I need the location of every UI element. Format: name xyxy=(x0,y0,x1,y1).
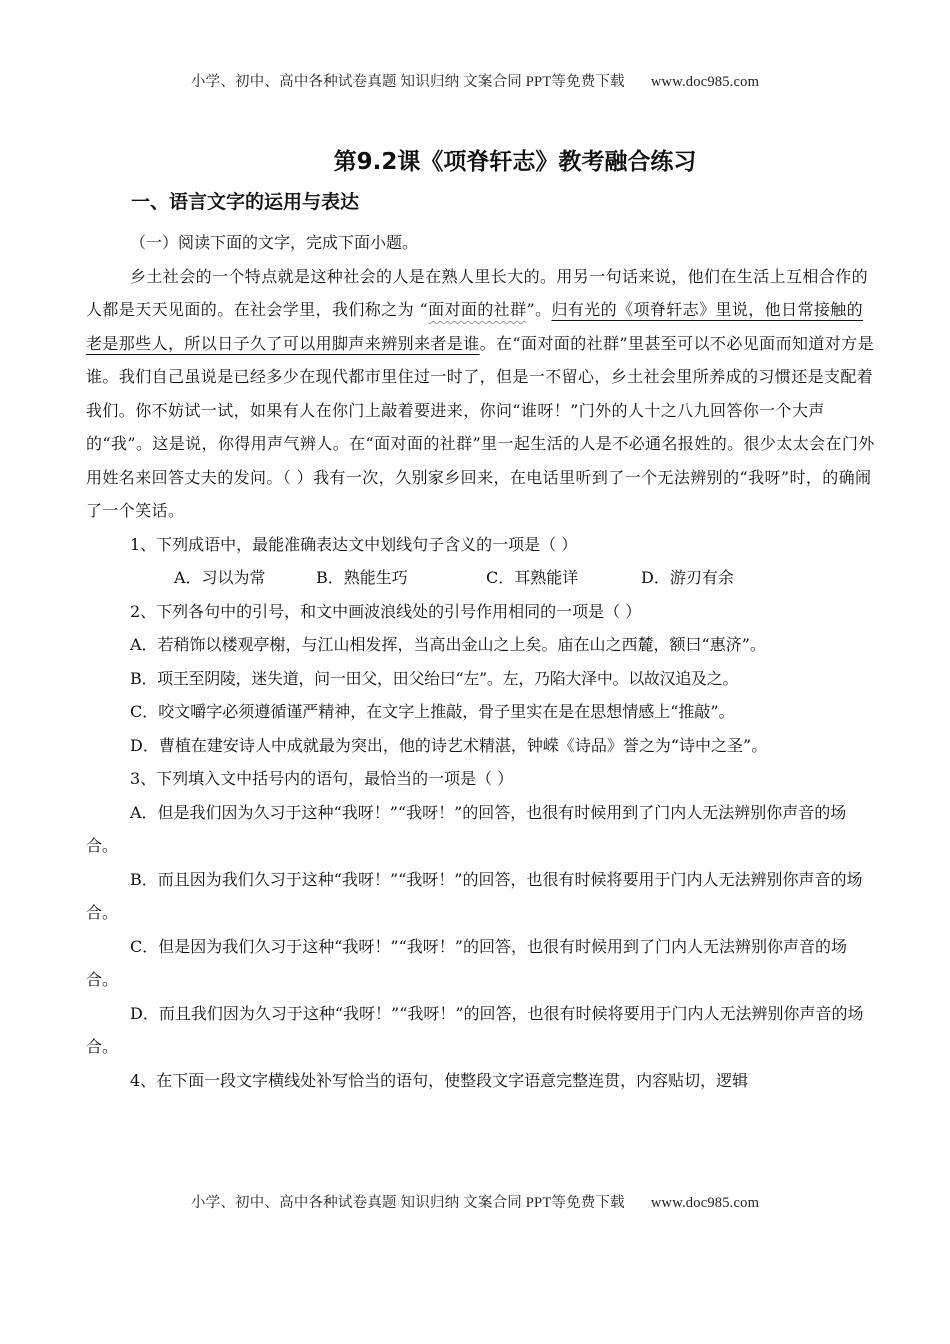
question-2-option-a: A．若稍饰以楼观亭榭，与江山相发挥，当高出金山之上矣。庙在山之西麓，额曰“惠济”… xyxy=(86,628,876,662)
question-2-stem: 2、下列各句中的引号，和文中画波浪线处的引号作用相同的一项是（ ） xyxy=(86,595,876,629)
sub-heading: （一）阅读下面的文字，完成下面小题。 xyxy=(86,226,876,260)
question-3-option-c: C．但是因为我们久习于这种“我呀！”“我呀！”的回答，也很有时候用到了门内人无法… xyxy=(86,930,876,997)
question-3-option-b: B．而且因为我们久习于这种“我呀！”“我呀！”的回答，也很有时候将要用于门内人无… xyxy=(86,863,876,930)
question-3-stem: 3、下列填入文中括号内的语句，最恰当的一项是（ ） xyxy=(86,762,876,796)
passage-text: ”。 xyxy=(526,300,551,319)
question-1-stem: 1、下列成语中，最能准确表达文中划线句子含义的一项是（ ） xyxy=(86,528,876,562)
reading-passage: 乡土社会的一个特点就是这种社会的人是在熟人里长大的。用另一句话来说，他们在生活上… xyxy=(86,260,876,528)
page-header: 小学、初中、高中各种试卷真题 知识归纳 文案合同 PPT等免费下载www.doc… xyxy=(0,70,950,91)
question-4-stem: 4、在下面一段文字横线处补写恰当的语句，使整段文字语意完整连贯，内容贴切，逻辑 xyxy=(86,1064,876,1098)
header-url: www.doc985.com xyxy=(651,74,759,90)
option-b: B．熟能生巧 xyxy=(272,561,442,595)
page-footer: 小学、初中、高中各种试卷真题 知识归纳 文案合同 PPT等免费下载www.doc… xyxy=(0,1191,950,1212)
page-title: 第9.2课《项脊轩志》教考融合练习 xyxy=(0,143,950,176)
footer-url: www.doc985.com xyxy=(651,1195,759,1211)
question-1-options: A．习以为常B．熟能生巧C．耳熟能详D．游刃有余 xyxy=(86,561,876,595)
question-3-option-d: D．而且我们因为久习于这种“我呀！”“我呀！”的回答，也很有时候将要用于门内人无… xyxy=(86,997,876,1064)
question-2-option-d: D．曹植在建安诗人中成就最为突出，他的诗艺术精湛，钟嵘《诗品》誉之为“诗中之圣”… xyxy=(86,729,876,763)
passage-text: 。在“面对面的社群”里甚至可以不必见面而知道对方是谁。我们自己虽说是已经多少在现… xyxy=(86,334,875,521)
question-2-option-b: B．项王至阴陵，迷失道，问一田父，田父绐曰“左”。左，乃陷大泽中。以故汉追及之。 xyxy=(86,662,876,696)
option-d: D．游刃有余 xyxy=(597,561,734,595)
header-text: 小学、初中、高中各种试卷真题 知识归纳 文案合同 PPT等免费下载 xyxy=(191,74,625,90)
wavy-underlined-phrase: 面对面的社群 xyxy=(428,300,526,319)
section-heading: 一、语言文字的运用与表达 xyxy=(131,187,359,214)
footer-text: 小学、初中、高中各种试卷真题 知识归纳 文案合同 PPT等免费下载 xyxy=(191,1195,625,1211)
option-a: A．习以为常 xyxy=(130,561,272,595)
question-3-option-a: A．但是我们因为久习于这种“我呀！”“我呀！”的回答，也很有时候用到了门内人无法… xyxy=(86,796,876,863)
option-c: C．耳熟能详 xyxy=(442,561,597,595)
document-body: （一）阅读下面的文字，完成下面小题。 乡土社会的一个特点就是这种社会的人是在熟人… xyxy=(86,226,876,1097)
question-2-option-c: C．咬文嚼字必须遵循谨严精神，在文字上推敲，骨子里实在是在思想情感上“推敲”。 xyxy=(86,695,876,729)
